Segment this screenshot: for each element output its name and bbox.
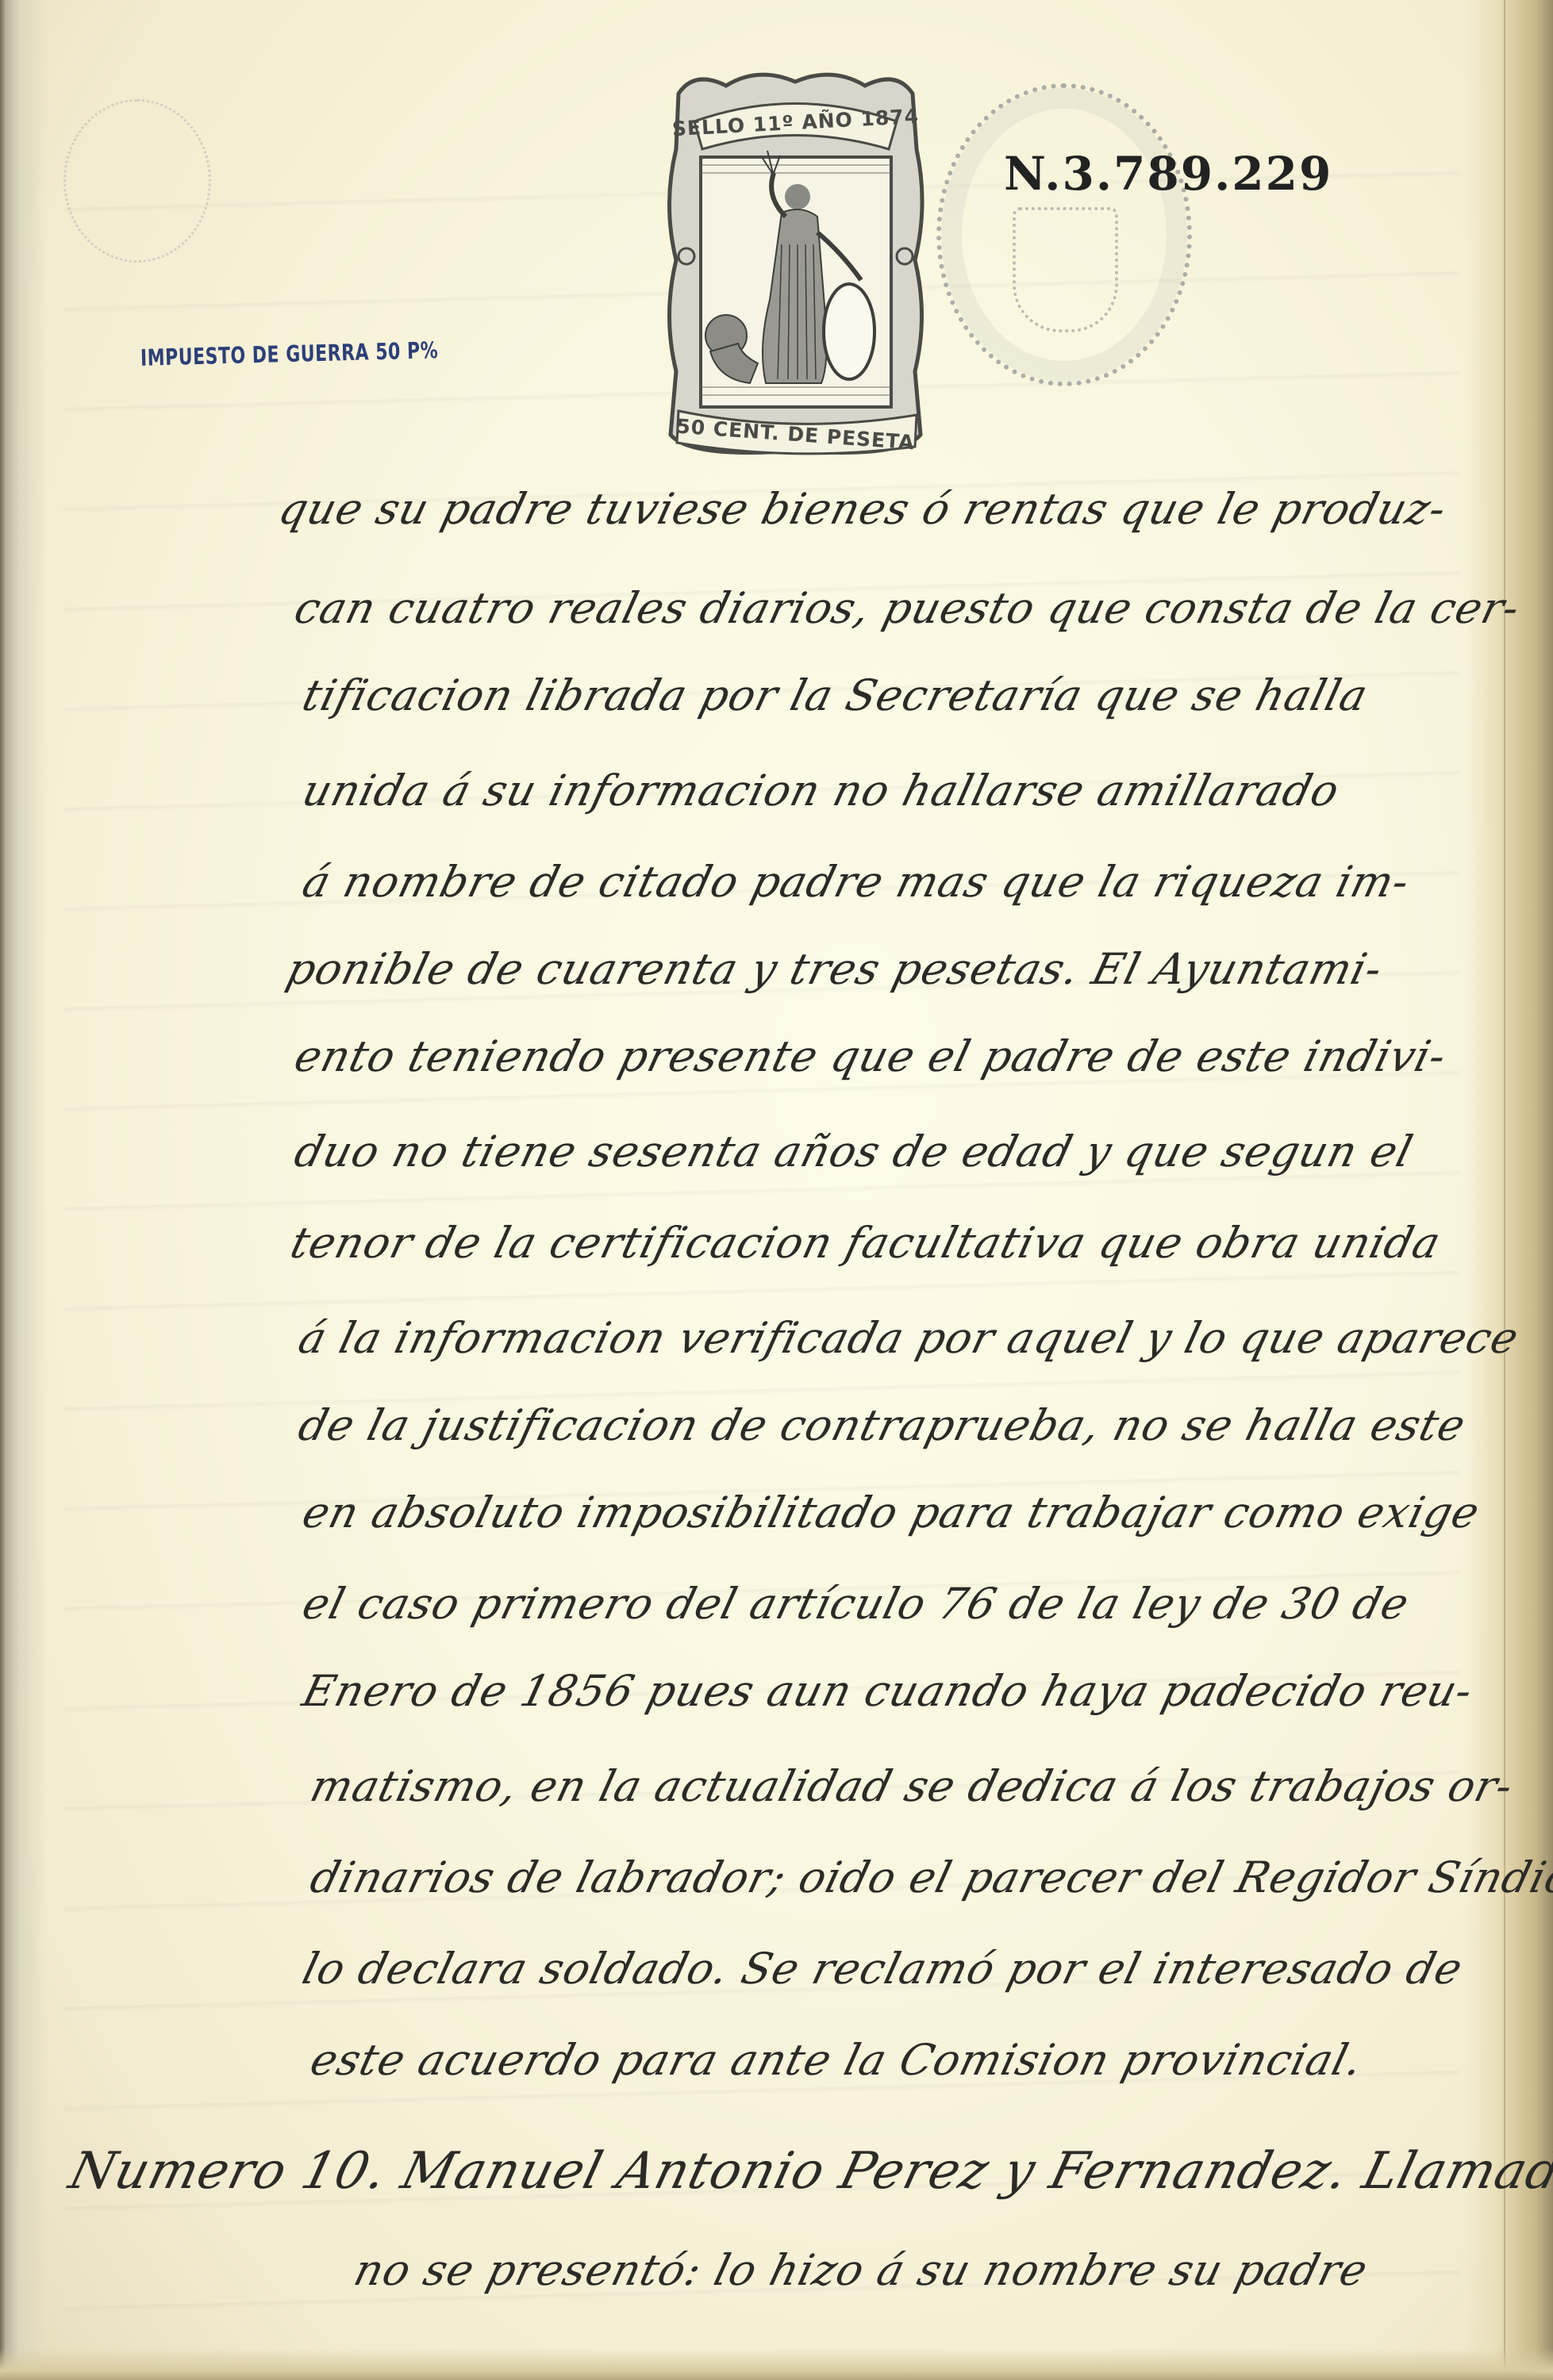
text-line: unida á su informacion no hallarse amill…: [298, 766, 1345, 816]
text-line: duo no tiene sesenta años de edad y que …: [290, 1127, 1418, 1177]
official-seal: [936, 83, 1192, 386]
page-bottom-edge: [0, 2348, 1553, 2380]
text-line: no se presentó: lo hizo á su nombre su p…: [349, 2245, 1373, 2295]
text-line: este acuerdo para ante la Comision provi…: [306, 2035, 1368, 2085]
seal-coat-of-arms: [1013, 207, 1118, 332]
text-line: que su padre tuviese bienes ó rentas que…: [274, 484, 1451, 534]
text-line: tenor de la certificacion facultativa qu…: [286, 1218, 1446, 1268]
page-right-edge: [1466, 0, 1553, 2380]
serial-number: N.3.789.229: [1004, 147, 1332, 201]
faint-seal-impression: [63, 99, 211, 263]
text-line: á nombre de citado padre mas que la riqu…: [298, 857, 1415, 907]
text-line: á la informacion verificada por aquel y …: [294, 1313, 1524, 1363]
text-line: matismo, en la actualidad se dedica á lo…: [306, 1761, 1519, 1811]
revenue-stamp: SELLO 11º AÑO 1874 50 CENT. DE PESETA: [663, 62, 928, 466]
entry-heading-line: Numero 10. Manuel Antonio Perez y Fernan…: [63, 2142, 1553, 2201]
page-binding-edge: [0, 0, 48, 2380]
text-line: lo declara soldado. Se reclamó por el in…: [298, 1944, 1468, 1994]
text-line: el caso primero del artículo 76 de la le…: [298, 1579, 1414, 1629]
text-line: ponible de cuarenta y tres pesetas. El A…: [282, 944, 1388, 994]
text-line: can cuatro reales diarios, puesto que co…: [290, 583, 1525, 633]
text-line: Enero de 1856 pues aun cuando haya padec…: [298, 1666, 1478, 1716]
text-line: dinarios de labrador; oido el parecer de…: [306, 1852, 1553, 1902]
text-line: en absoluto imposibilitado para trabajar…: [298, 1487, 1485, 1537]
text-line: de la justificacion de contraprueba, no …: [294, 1400, 1471, 1450]
text-line: tificacion librada por la Secretaría que…: [298, 670, 1373, 720]
manuscript-page: IMPUESTO DE GUERRA 50 P%: [0, 0, 1553, 2380]
text-line: ento teniendo presente que el padre de e…: [290, 1031, 1451, 1081]
